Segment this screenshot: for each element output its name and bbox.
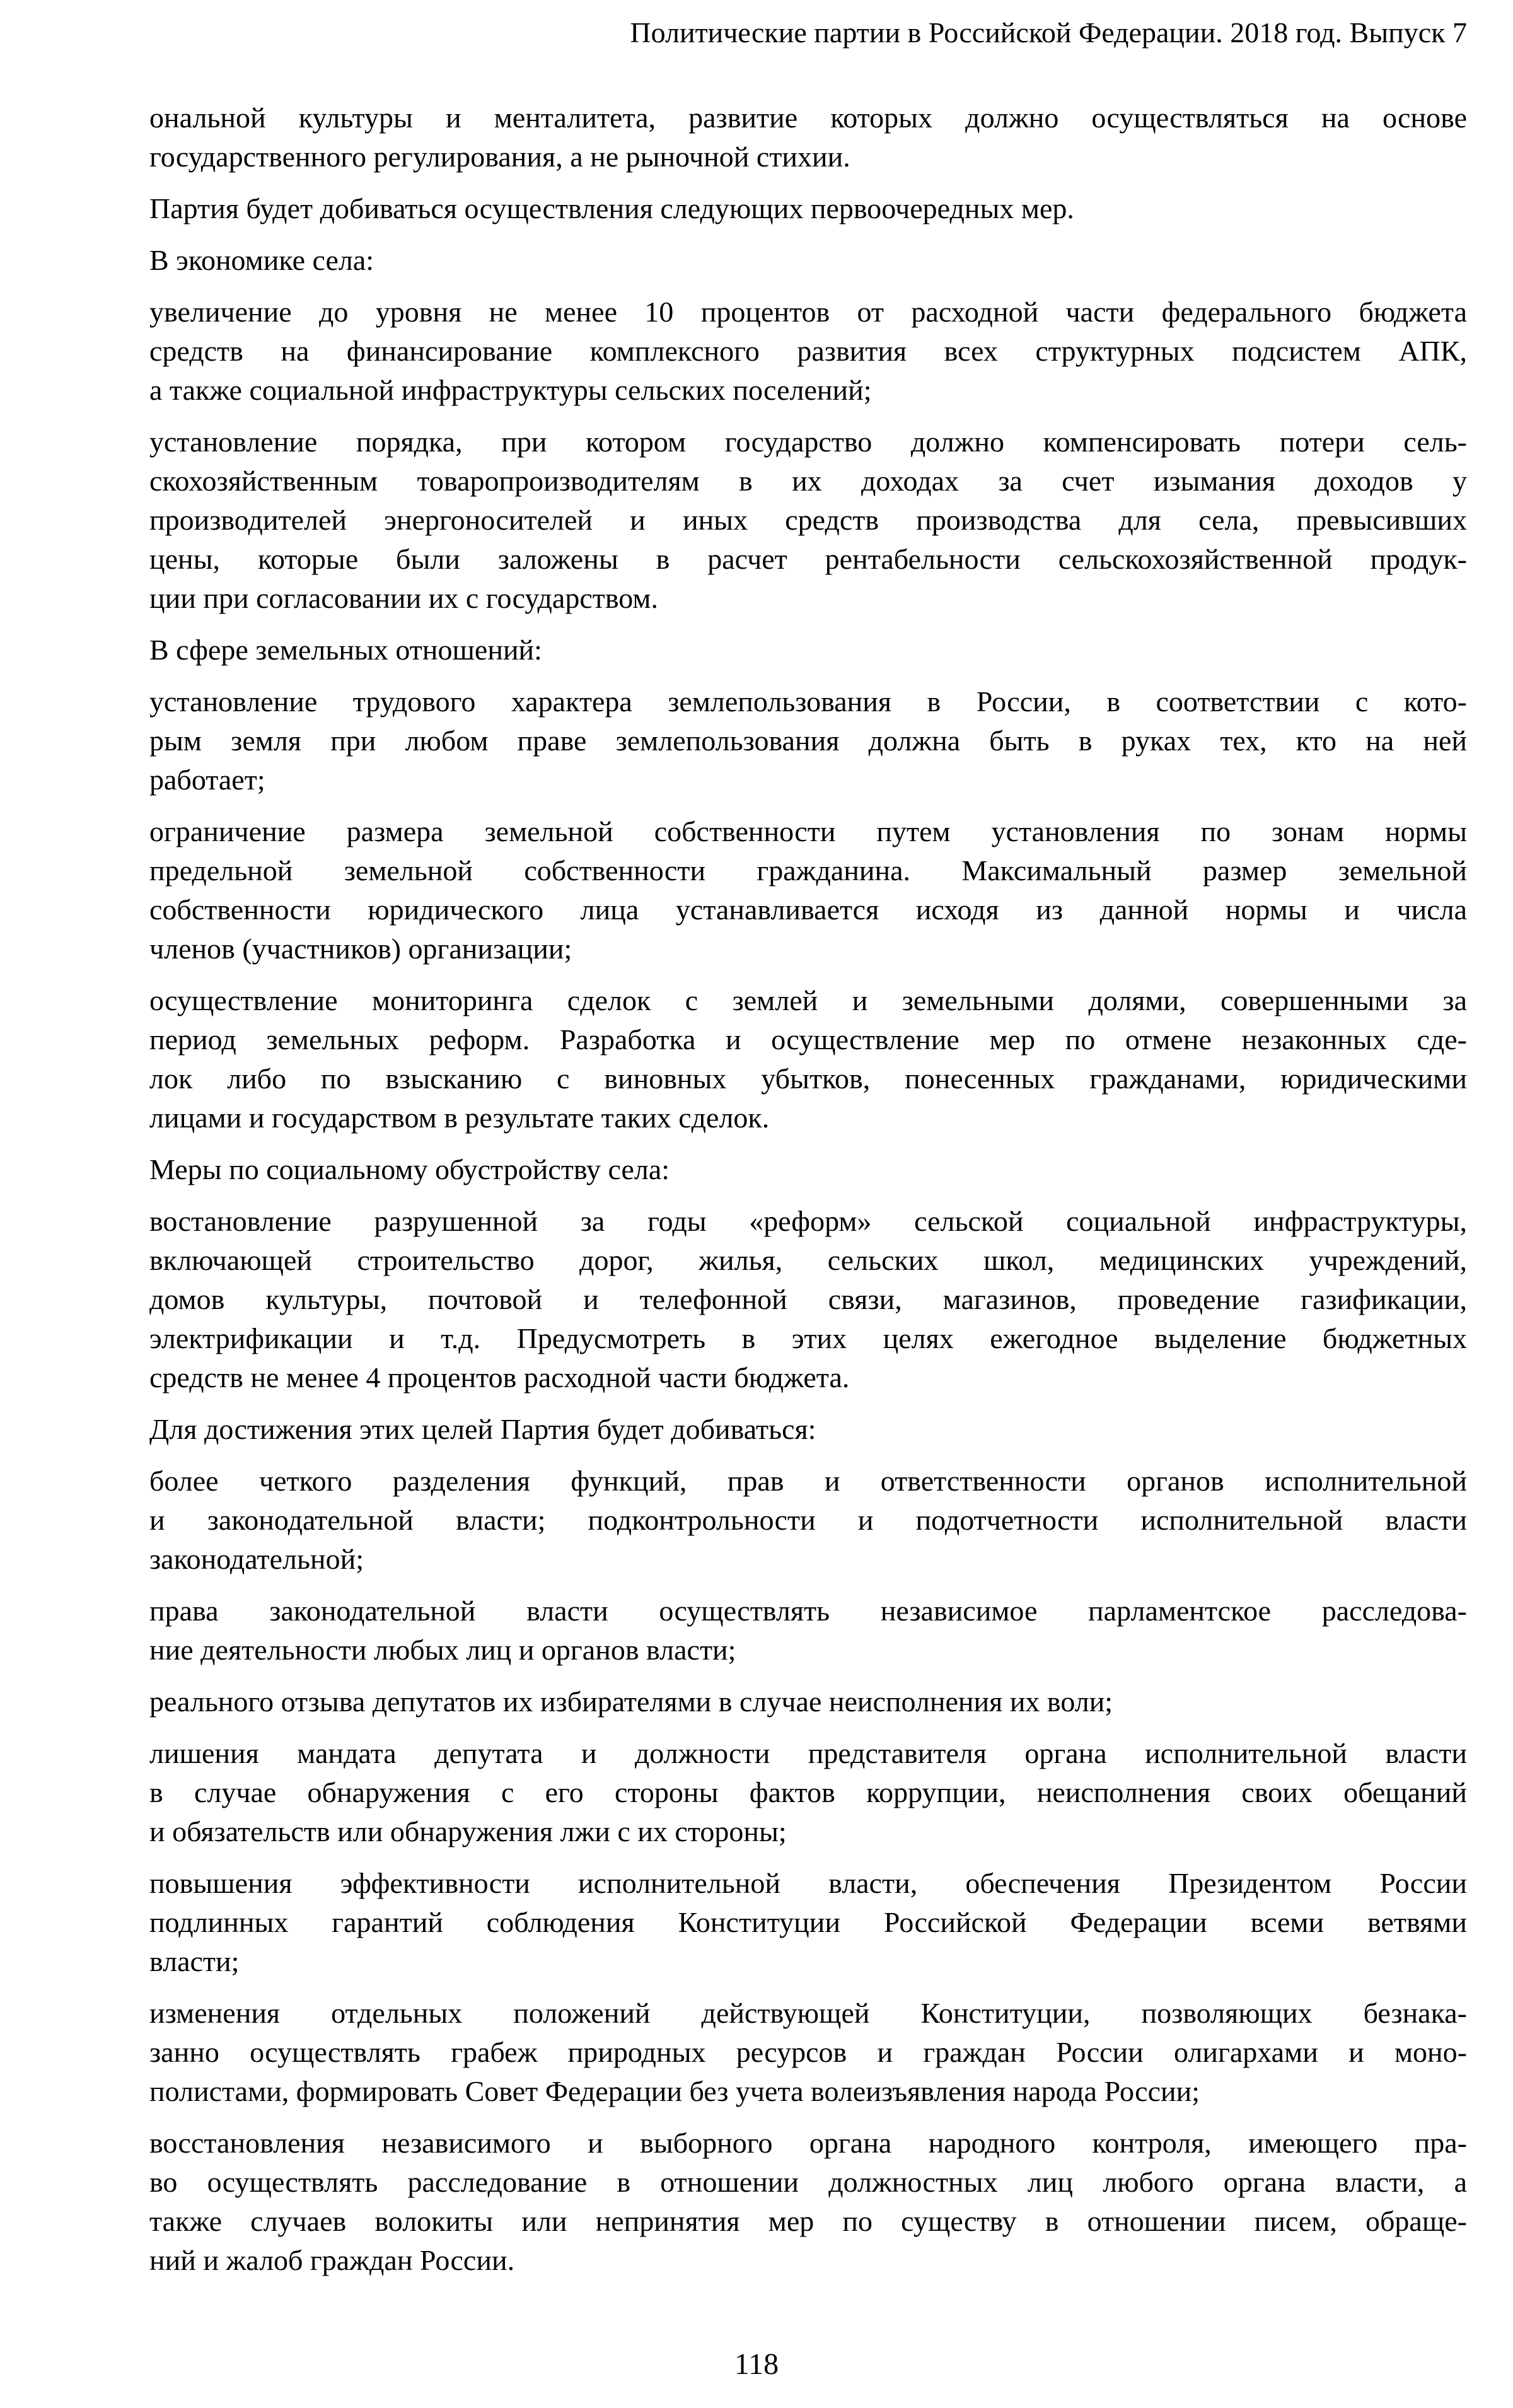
text-line: средств на финансирование комплексного р… — [149, 332, 1467, 371]
text-line: изменения отдельных положений действующе… — [149, 1994, 1467, 2033]
text-line: государственного регулирования, а не рын… — [149, 137, 1467, 177]
paragraph: установление порядка, при котором госуда… — [149, 422, 1467, 618]
paragraph: повышения эффективности исполнительной в… — [149, 1864, 1467, 1981]
text-line: период земельных реформ. Разработка и ос… — [149, 1020, 1467, 1059]
text-line: лок либо по взысканию с виновных убытков… — [149, 1059, 1467, 1098]
text-line: ограничение размера земельной собственно… — [149, 812, 1467, 851]
text-line: В сфере земельных отношений: — [149, 631, 1467, 670]
text-line: производителей энергоносителей и иных ср… — [149, 501, 1467, 540]
text-line: предельной земельной собственности гражд… — [149, 851, 1467, 890]
page-scan: Политические партии в Российской Федерац… — [0, 0, 1513, 2408]
text-line: а также социальной инфраструктуры сельск… — [149, 371, 1467, 410]
text-line: ние деятельности любых лиц и органов вла… — [149, 1631, 1467, 1670]
paragraph: более четкого разделения функций, прав и… — [149, 1462, 1467, 1579]
running-header: Политические партии в Российской Федерац… — [149, 16, 1467, 49]
text-line: полистами, формировать Совет Федерации б… — [149, 2072, 1467, 2111]
text-line: лицами и государством в результате таких… — [149, 1098, 1467, 1137]
paragraph: осуществление мониторинга сделок с земле… — [149, 981, 1467, 1137]
text-line: более четкого разделения функций, прав и… — [149, 1462, 1467, 1501]
paragraph: реального отзыва депутатов их избирателя… — [149, 1682, 1467, 1721]
text-line: повышения эффективности исполнительной в… — [149, 1864, 1467, 1903]
text-line: законодательной; — [149, 1540, 1467, 1579]
text-line: во осуществлять расследование в отношени… — [149, 2163, 1467, 2202]
text-line: ции при согласовании их с государством. — [149, 579, 1467, 618]
text-line: ональной культуры и менталитета, развити… — [149, 98, 1467, 137]
text-line: Меры по социальному обустройству села: — [149, 1150, 1467, 1189]
text-line: также случаев волокиты или непринятия ме… — [149, 2202, 1467, 2241]
page-number: 118 — [0, 2347, 1513, 2382]
paragraph: лишения мандата депутата и должности пре… — [149, 1734, 1467, 1851]
text-line: установление трудового характера землепо… — [149, 682, 1467, 721]
paragraph: Для достижения этих целей Партия будет д… — [149, 1410, 1467, 1449]
text-line: и законодательной власти; подконтрольнос… — [149, 1501, 1467, 1540]
paragraph: права законодательной власти осуществлят… — [149, 1591, 1467, 1670]
text-line: восстановления независимого и выборного … — [149, 2124, 1467, 2163]
text-line: востановление разрушенной за годы «рефор… — [149, 1202, 1467, 1241]
text-line: права законодательной власти осуществлят… — [149, 1591, 1467, 1631]
text-line: установление порядка, при котором госуда… — [149, 422, 1467, 462]
text-line: реального отзыва депутатов их избирателя… — [149, 1682, 1467, 1721]
paragraph: изменения отдельных положений действующе… — [149, 1994, 1467, 2111]
paragraph: В экономике села: — [149, 241, 1467, 280]
body-text: ональной культуры и менталитета, развити… — [149, 98, 1467, 2280]
paragraph: В сфере земельных отношений: — [149, 631, 1467, 670]
text-line: осуществление мониторинга сделок с земле… — [149, 981, 1467, 1020]
paragraph: восстановления независимого и выборного … — [149, 2124, 1467, 2280]
text-line: скохозяйственным товаропроизводителям в … — [149, 462, 1467, 501]
paragraph: востановление разрушенной за годы «рефор… — [149, 1202, 1467, 1397]
text-line: подлинных гарантий соблюдения Конституци… — [149, 1903, 1467, 1942]
text-line: и обязательств или обнаружения лжи с их … — [149, 1812, 1467, 1851]
text-line: собственности юридического лица устанавл… — [149, 890, 1467, 929]
text-line: в случае обнаружения с его стороны факто… — [149, 1773, 1467, 1812]
text-line: власти; — [149, 1942, 1467, 1981]
paragraph: Партия будет добиваться осуществления сл… — [149, 189, 1467, 228]
text-line: занно осуществлять грабеж природных ресу… — [149, 2033, 1467, 2072]
text-line: работает; — [149, 760, 1467, 800]
text-line: Партия будет добиваться осуществления сл… — [149, 189, 1467, 228]
paragraph: ограничение размера земельной собственно… — [149, 812, 1467, 968]
paragraph: ональной культуры и менталитета, развити… — [149, 98, 1467, 177]
paragraph: увеличение до уровня не менее 10 процент… — [149, 293, 1467, 410]
text-line: ний и жалоб граждан России. — [149, 2241, 1467, 2280]
text-line: включающей строительство дорог, жилья, с… — [149, 1241, 1467, 1280]
text-line: В экономике села: — [149, 241, 1467, 280]
text-line: цены, которые были заложены в расчет рен… — [149, 540, 1467, 579]
text-line: домов культуры, почтовой и телефонной св… — [149, 1280, 1467, 1319]
paragraph: установление трудового характера землепо… — [149, 682, 1467, 800]
text-line: членов (участников) организации; — [149, 929, 1467, 968]
text-line: рым земля при любом праве землепользован… — [149, 721, 1467, 760]
text-line: средств не менее 4 процентов расходной ч… — [149, 1358, 1467, 1397]
text-line: электрификации и т.д. Предусмотреть в эт… — [149, 1319, 1467, 1358]
running-header-title: Политические партии в Российской Федерац… — [630, 16, 1467, 49]
paragraph: Меры по социальному обустройству села: — [149, 1150, 1467, 1189]
text-line: Для достижения этих целей Партия будет д… — [149, 1410, 1467, 1449]
text-line: лишения мандата депутата и должности пре… — [149, 1734, 1467, 1773]
text-line: увеличение до уровня не менее 10 процент… — [149, 293, 1467, 332]
